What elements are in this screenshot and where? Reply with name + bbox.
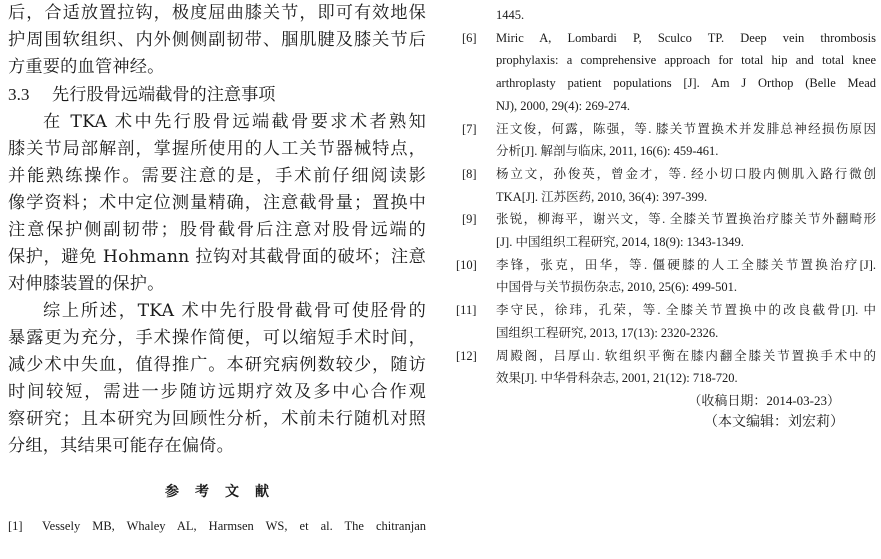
reference-item-12: [12] 周殿阁，吕厚山. 软组织平衡在膝内翻全膝关节置换手术中的 效果[J].… <box>456 345 876 390</box>
reference-line: 杨立文，孙俊英，曾金才，等. 经小切口股内侧肌入路行微创 <box>496 163 876 186</box>
reference-line: NJ), 2000, 29(4): 269-274. <box>496 95 876 118</box>
reference-line: 中国骨与关节损伤杂志, 2010, 25(6): 499-501. <box>496 276 876 299</box>
reference-line: 分析[J]. 解剖与临床, 2011, 16(6): 459-461. <box>496 140 876 163</box>
reference-continuation: 1445. <box>462 4 876 27</box>
references-heading: 参考文献 <box>8 481 426 501</box>
reference-number: [7] <box>462 118 477 141</box>
text-line: 并能熟练操作。需要注意的是，手术前仔细阅读影 <box>8 163 426 190</box>
text-line: 对伸膝装置的保护。 <box>8 271 426 298</box>
reference-number: [12] <box>456 345 477 368</box>
reference-line: arthroplasty patient populations [J]. Am… <box>496 72 876 95</box>
section-heading-3-3: 3.3先行股骨远端截骨的注意事项 <box>8 81 426 109</box>
right-column: 1445. [6] Miric A, Lombardi P, Sculco TP… <box>462 0 876 435</box>
text-line: 像学资料；术中定位测量精确，注意截骨量；置换中 <box>8 190 426 217</box>
text-line: 保护，避免 Hohmann 拉钩对其截骨面的破坏；注意 <box>8 244 426 271</box>
paragraph-precautions: 在 TKA 术中先行股骨远端截骨要求术者熟知 膝关节局部解剖，掌握所使用的人工关… <box>8 109 426 298</box>
text-line: 察研究；且本研究为回顾性分析，术前未行随机对照 <box>8 406 426 433</box>
text-line: 减少术中失血，值得推广。本研究病例数较少，随访 <box>8 352 426 379</box>
reference-line: TKA[J]. 江苏医药, 2010, 36(4): 397-399. <box>496 186 876 209</box>
reference-number: [11] <box>456 299 476 322</box>
editor-credit: （本文编辑：刘宏莉） <box>462 412 876 435</box>
reference-number: [10] <box>456 254 477 277</box>
reference-number: [6] <box>462 27 477 50</box>
reference-item-10: [10] 李锋，张克，田华，等. 僵硬膝的人工全膝关节置换治疗[J]. 中国骨与… <box>456 254 876 299</box>
reference-line: 国组织工程研究, 2013, 17(13): 2320-2326. <box>496 322 876 345</box>
left-column: 后，合适放置拉钩，极度屈曲膝关节，即可有效地保 护周围软组织、内外侧侧副韧带、腘… <box>8 0 426 538</box>
text-line: 注意保护侧副韧带；股骨截骨后注意对股骨远端的 <box>8 217 426 244</box>
text-line: 分组，其结果可能存在偏倚。 <box>8 433 426 460</box>
reference-line: [J]. 中国组织工程研究, 2014, 18(9): 1343-1349. <box>496 231 876 254</box>
reference-line: Miric A, Lombardi P, Sculco TP. Deep vei… <box>496 27 876 50</box>
reference-line: Vessely MB, Whaley AL, Harmsen WS, et al… <box>42 515 426 538</box>
reference-number: [1] <box>8 515 23 538</box>
text-line: 方重要的血管神经。 <box>8 54 426 81</box>
received-date: （收稿日期：2014-03-23） <box>462 390 876 413</box>
reference-line: 李锋，张克，田华，等. 僵硬膝的人工全膝关节置换治疗[J]. <box>496 254 876 277</box>
reference-item-7: [7] 汪文俊，何露，陈强，等. 膝关节置换术并发腓总神经损伤原因 分析[J].… <box>462 118 876 163</box>
reference-line: 周殿阁，吕厚山. 软组织平衡在膝内翻全膝关节置换手术中的 <box>496 345 876 368</box>
reference-item-9: [9] 张锐，柳海平，谢兴文，等. 全膝关节置换治疗膝关节外翻畸形 [J]. 中… <box>462 208 876 253</box>
reference-number: [9] <box>462 208 477 231</box>
text-line: 后，合适放置拉钩，极度屈曲膝关节，即可有效地保 <box>8 0 426 27</box>
section-number: 3.3 <box>8 81 52 108</box>
section-title: 先行股骨远端截骨的注意事项 <box>52 85 275 105</box>
reference-line: 汪文俊，何露，陈强，等. 膝关节置换术并发腓总神经损伤原因 <box>496 118 876 141</box>
text-line: 综上所述，TKA 术中先行股骨截骨可使胫骨的 <box>8 298 426 325</box>
reference-line: prophylaxis: a comprehensive approach fo… <box>496 49 876 72</box>
reference-number: [8] <box>462 163 477 186</box>
text-line: 在 TKA 术中先行股骨远端截骨要求术者熟知 <box>8 109 426 136</box>
paragraph-conclusion: 综上所述，TKA 术中先行股骨截骨可使胫骨的 暴露更为充分，手术操作简便，可以缩… <box>8 298 426 460</box>
paragraph-continuation: 后，合适放置拉钩，极度屈曲膝关节，即可有效地保 护周围软组织、内外侧侧副韧带、腘… <box>8 0 426 81</box>
reference-item-1: [1] Vessely MB, Whaley AL, Harmsen WS, e… <box>8 515 426 538</box>
text-line: 膝关节局部解剖，掌握所使用的人工关节器械特点， <box>8 136 426 163</box>
reference-line: 效果[J]. 中华骨科杂志, 2001, 21(12): 718-720. <box>496 367 876 390</box>
reference-line: 1445. <box>496 4 876 27</box>
reference-item-6: [6] Miric A, Lombardi P, Sculco TP. Deep… <box>462 27 876 118</box>
reference-item-8: [8] 杨立文，孙俊英，曾金才，等. 经小切口股内侧肌入路行微创 TKA[J].… <box>462 163 876 208</box>
text-line: 暴露更为充分，手术操作简便，可以缩短手术时间， <box>8 325 426 352</box>
reference-line: 李守民，徐玮，孔荣，等. 全膝关节置换中的改良截骨[J]. 中 <box>496 299 876 322</box>
reference-line: 张锐，柳海平，谢兴文，等. 全膝关节置换治疗膝关节外翻畸形 <box>496 208 876 231</box>
text-line: 时间较短，需进一步随访远期疗效及多中心合作观 <box>8 379 426 406</box>
text-line: 护周围软组织、内外侧侧副韧带、腘肌腱及膝关节后 <box>8 27 426 54</box>
reference-item-11: [11] 李守民，徐玮，孔荣，等. 全膝关节置换中的改良截骨[J]. 中 国组织… <box>456 299 876 344</box>
